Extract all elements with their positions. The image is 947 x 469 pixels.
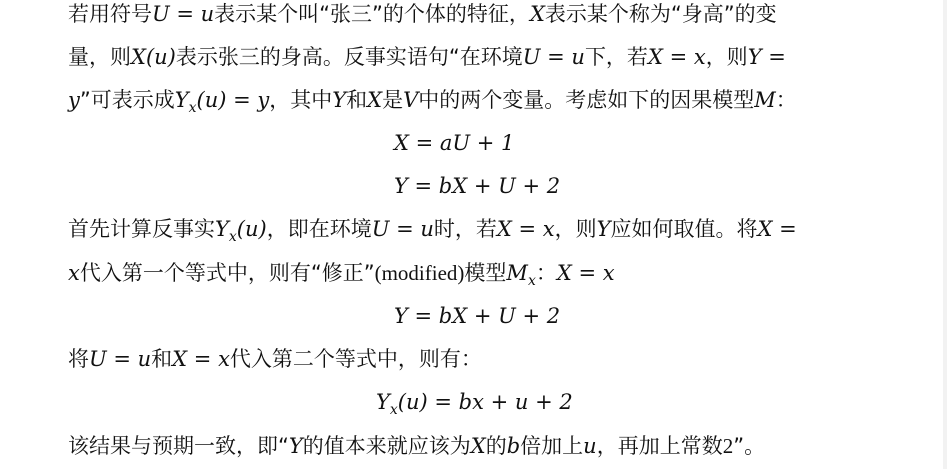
math-inline: X = x <box>557 261 615 285</box>
text: 代入第一个等式中，则有“修正” <box>80 261 375 285</box>
equation-x: X = aU + 1 <box>394 129 514 157</box>
math-inline: u <box>583 434 597 458</box>
text: ： <box>536 261 557 285</box>
math-inline: M <box>506 261 528 285</box>
math-inline: M <box>754 88 776 112</box>
paragraph-1-line-1: 若用符号U = u表示某个叫“张三”的个体的特征，X表示某个称为“身高”的变 <box>68 0 777 28</box>
math-inline: X = <box>758 217 797 241</box>
text: ，其中 <box>269 88 332 112</box>
math-inline: Y <box>215 217 229 241</box>
math-inline: X <box>367 88 382 112</box>
math-inline: (u) = y <box>197 88 270 112</box>
math-inline: X = x <box>497 217 555 241</box>
math-inline: V <box>403 88 418 112</box>
text: 的值本来就应该为 <box>303 434 471 458</box>
paragraph-3: 将U = u和X = x代入第二个等式中，则有： <box>68 345 482 373</box>
math-inline: U = u <box>152 2 214 26</box>
math-inline: X(u) <box>131 45 176 69</box>
math-inline: U = u <box>372 217 434 241</box>
text: 倍加上 <box>520 434 583 458</box>
math-subscript: x <box>528 273 536 289</box>
text: 和 <box>151 347 172 371</box>
text: 若用符号 <box>68 2 152 26</box>
math-inline: b <box>507 434 520 458</box>
page-edge-strip <box>943 0 947 469</box>
text: 该结果与预期一致，即“ <box>68 434 289 458</box>
math-inline: y <box>68 88 80 112</box>
math-inline: Y <box>332 88 346 112</box>
text: 表示某个称为“身高”的变 <box>545 2 777 26</box>
text: 的 <box>486 434 507 458</box>
text: ： <box>776 88 797 112</box>
text: 和 <box>346 88 367 112</box>
text: ，再加上常数 <box>597 434 723 458</box>
text-roman: 2 <box>723 434 734 458</box>
text: 表示某个叫“张三”的个体的特征， <box>214 2 530 26</box>
math-inline: Y <box>289 434 303 458</box>
math-inline: X <box>471 434 486 458</box>
math-inline: X = x <box>648 45 706 69</box>
text: ”。 <box>733 434 765 458</box>
text: 中的两个变量。考虑如下的因果模型 <box>418 88 754 112</box>
text: 首先计算反事实 <box>68 217 215 241</box>
math-inline: x <box>68 261 80 285</box>
paragraph-1-line-2: 量，则X(u)表示张三的身高。反事实语句“在环境U = u下，若X = x，则Y… <box>68 43 786 71</box>
paragraph-2-line-1: 首先计算反事实Yx(u)，即在环境U = u时，若X = x，则Y应如何取值。将… <box>68 215 797 243</box>
math-inline: U = u <box>89 347 151 371</box>
math-inline: Y <box>376 390 390 414</box>
math-inline: Y <box>597 217 611 241</box>
math-subscript: x <box>189 100 197 116</box>
math-inline: (u) <box>237 217 267 241</box>
paragraph-2-line-2: x代入第一个等式中，则有“修正”(modified)模型Mx：X = x <box>68 259 615 287</box>
math-inline: X = x <box>172 347 230 371</box>
text: 应如何取值。将 <box>611 217 758 241</box>
text: 表示张三的身高。反事实语句“在环境 <box>176 45 523 69</box>
text: ”可表示成 <box>80 88 175 112</box>
math-inline: Y = <box>748 45 786 69</box>
text: ，则 <box>706 45 748 69</box>
math-subscript: x <box>390 402 398 418</box>
paragraph-1-line-3: y”可表示成Yx(u) = y，其中Y和X是V中的两个变量。考虑如下的因果模型M… <box>68 86 797 114</box>
text: 模型 <box>464 261 506 285</box>
text: 将 <box>68 347 89 371</box>
text: 是 <box>382 88 403 112</box>
math-inline: (u) = bx + u + 2 <box>398 390 573 414</box>
text: 量，则 <box>68 45 131 69</box>
text-roman: (modified) <box>375 261 465 285</box>
math-inline: X <box>530 2 545 26</box>
math-inline: Y <box>175 88 189 112</box>
math-subscript: x <box>229 229 237 245</box>
equation-y: Y = bX + U + 2 <box>394 172 560 200</box>
paragraph-4: 该结果与预期一致，即“Y的值本来就应该为X的b倍加上u，再加上常数2”。 <box>68 432 765 460</box>
text: ，则 <box>555 217 597 241</box>
equation-y-modified: Y = bX + U + 2 <box>394 302 560 330</box>
equation-counterfactual-result: Yx(u) = bx + u + 2 <box>376 388 573 416</box>
text: ，即在环境 <box>267 217 372 241</box>
text: 下，若 <box>585 45 648 69</box>
text: 时，若 <box>434 217 497 241</box>
text: 代入第二个等式中，则有： <box>230 347 482 371</box>
math-inline: U = u <box>523 45 585 69</box>
